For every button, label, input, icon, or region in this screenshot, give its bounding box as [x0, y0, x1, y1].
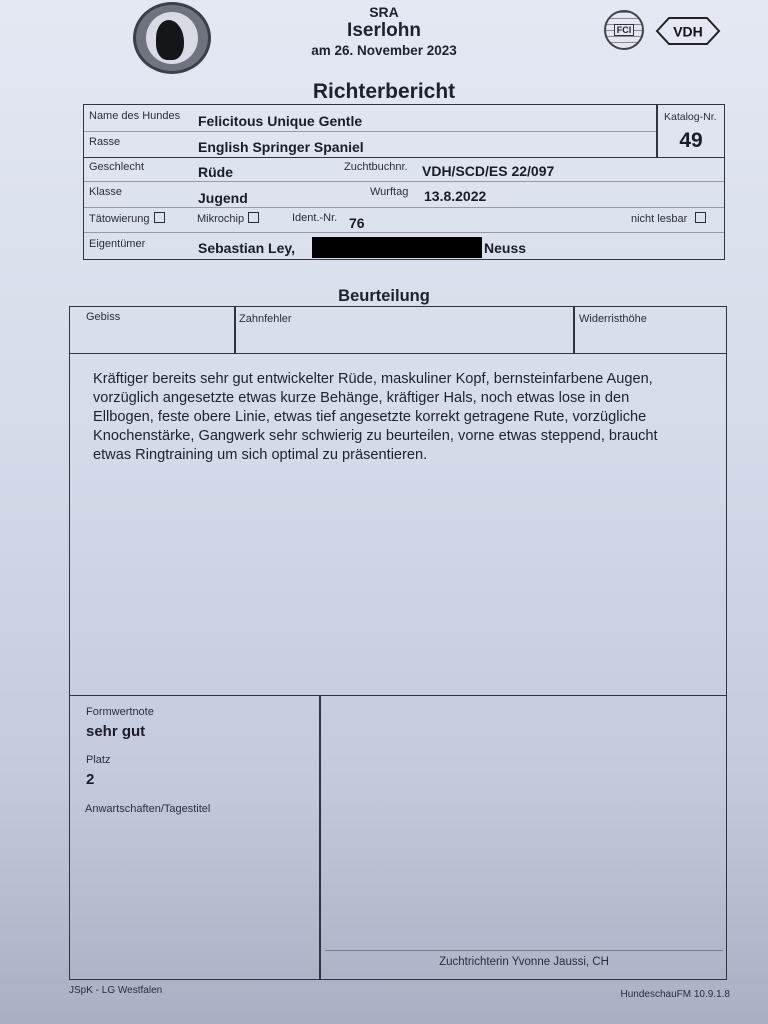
- unreadable-label: nicht lesbar: [631, 213, 687, 225]
- owner-name: Sebastian Ley,: [198, 240, 295, 256]
- teeth-faults-label: Zahnfehler: [239, 313, 292, 325]
- catalog-label: Katalog-Nr.: [664, 111, 717, 123]
- place-label: Platz: [86, 754, 110, 766]
- tattoo-label: Tätowierung: [89, 213, 150, 225]
- height-label: Widerristhöhe: [579, 313, 647, 325]
- birth-date-value: 13.8.2022: [424, 188, 486, 204]
- remark-line: Kräftiger bereits sehr gut entwickelter …: [93, 370, 723, 389]
- owner-city: Neuss: [484, 240, 526, 256]
- chip-field: Mikrochip: [197, 212, 259, 225]
- place-value: 2: [86, 771, 94, 788]
- grade-value: sehr gut: [86, 723, 145, 740]
- breed-value: English Springer Spaniel: [198, 139, 364, 155]
- sex-value: Rüde: [198, 164, 233, 180]
- assessment-title: Beurteilung: [0, 287, 768, 306]
- ident-value: 76: [349, 215, 365, 231]
- tattoo-checkbox[interactable]: [154, 212, 165, 223]
- ident-label: Ident.-Nr.: [292, 212, 337, 224]
- chip-checkbox[interactable]: [248, 212, 259, 223]
- dog-name: Felicitous Unique Gentle: [198, 113, 362, 129]
- class-label: Klasse: [89, 186, 122, 198]
- studbook-value: VDH/SCD/ES 22/097: [422, 163, 554, 179]
- class-value: Jugend: [198, 190, 248, 206]
- tattoo-field: Tätowierung: [89, 212, 165, 225]
- fci-logo: FCI: [604, 10, 644, 50]
- judge-remarks: Kräftiger bereits sehr gut entwickelter …: [93, 370, 723, 465]
- event-date: am 26. November 2023: [0, 43, 768, 58]
- teeth-label: Gebiss: [86, 311, 120, 323]
- remark-line: vorzüglich angesetzte etwas kurze Behäng…: [93, 389, 723, 408]
- remark-line: Ellbogen, feste obere Linie, etwas tief …: [93, 408, 723, 427]
- footer-organization: JSpK - LG Westfalen: [69, 985, 162, 996]
- chip-label: Mikrochip: [197, 213, 244, 225]
- event-name: SRA: [0, 4, 768, 20]
- remark-line: etwas Ringtraining um sich optimal zu pr…: [93, 446, 723, 465]
- breed-label: Rasse: [89, 136, 120, 148]
- redacted-address: [312, 237, 482, 258]
- catalog-number: 49: [658, 129, 724, 153]
- remark-line: Knochenstärke, Gangwerk sehr schwierig z…: [93, 427, 723, 446]
- document-title: Richterbericht: [0, 80, 768, 104]
- footer-software: HundeschauFM 10.9.1.8: [560, 989, 730, 1000]
- owner-label: Eigentümer: [89, 238, 145, 250]
- svg-text:VDH: VDH: [673, 24, 703, 40]
- titles-label: Anwartschaften/Tagestitel: [85, 803, 210, 815]
- unreadable-field: nicht lesbar: [631, 212, 706, 225]
- vdh-logo: VDH: [655, 15, 721, 47]
- unreadable-checkbox[interactable]: [695, 212, 706, 223]
- sex-label: Geschlecht: [89, 161, 144, 173]
- name-label: Name des Hundes: [89, 110, 180, 122]
- studbook-label: Zuchtbuchnr.: [344, 161, 408, 173]
- birth-date-label: Wurftag: [370, 186, 408, 198]
- grade-label: Formwertnote: [86, 706, 154, 718]
- event-city: Iserlohn: [0, 20, 768, 42]
- judge-signature: Zuchtrichterin Yvonne Jaussi, CH: [325, 956, 723, 968]
